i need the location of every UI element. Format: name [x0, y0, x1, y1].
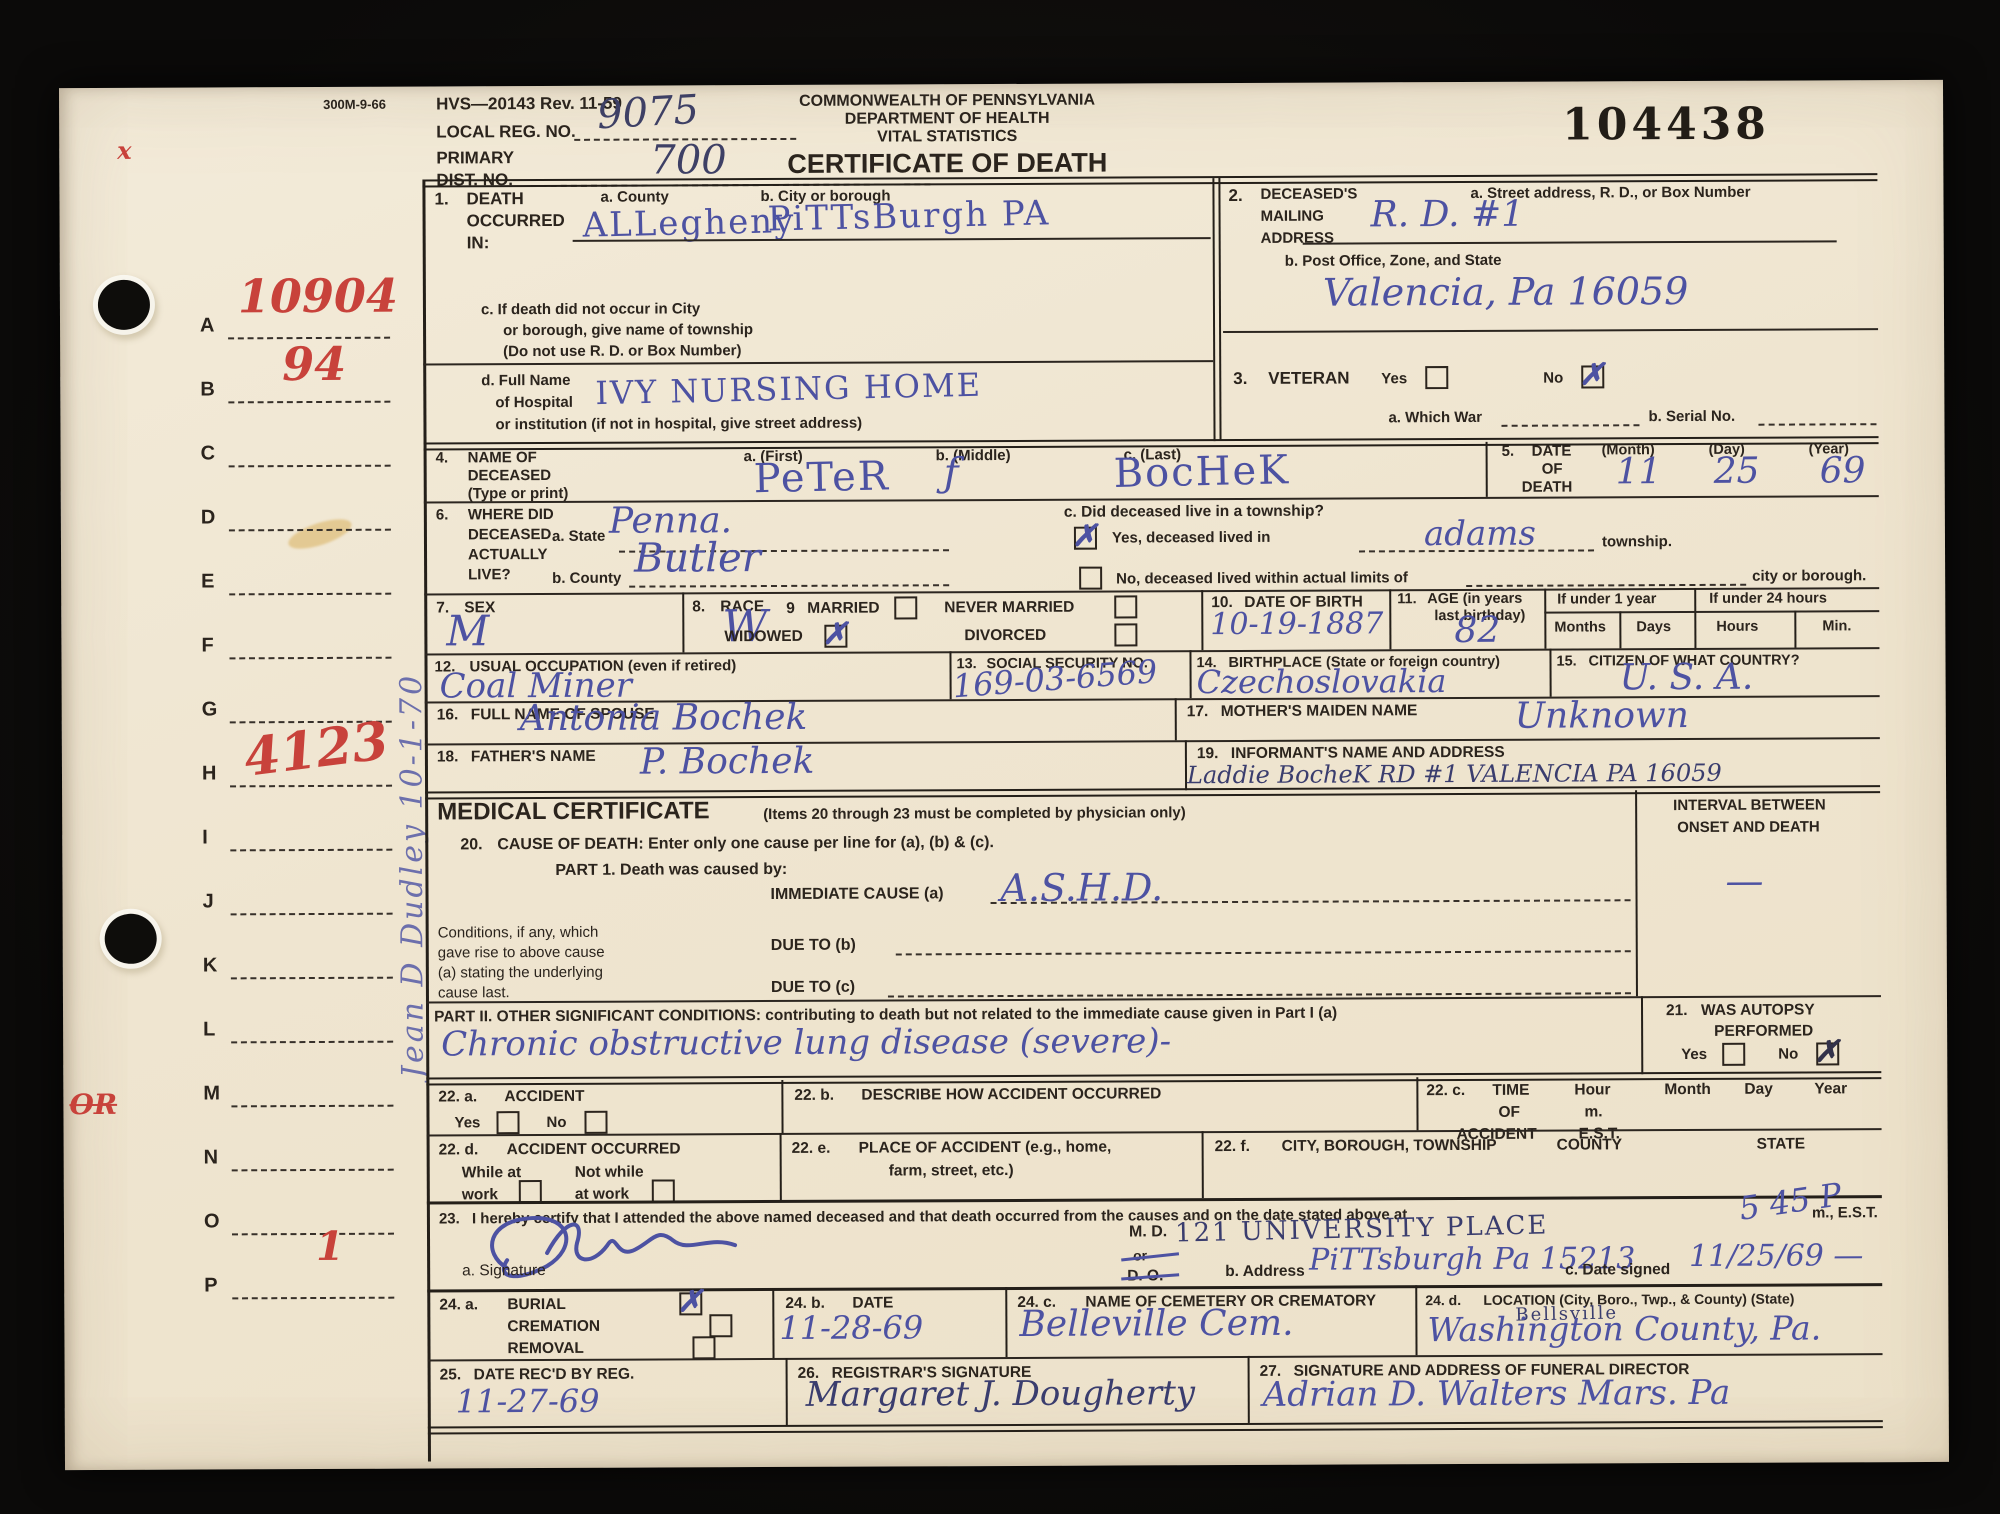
- divider: [1549, 649, 1551, 697]
- location-handwriting: Washington County, Pa.: [1427, 1308, 1821, 1349]
- field24d-number: 24. d.: [1425, 1292, 1461, 1308]
- field1c-label: c. If death did not occur in City: [481, 300, 700, 318]
- divider: [1416, 1077, 1418, 1130]
- certificate-serial-number: 104438: [1562, 99, 1770, 151]
- informant-handwriting: Laddie BocheK RD #1 VALENCIA PA 16059: [1187, 759, 1722, 789]
- field6-label: WHERE DID: [468, 506, 554, 523]
- field22c-number: 22. c.: [1426, 1082, 1465, 1100]
- mother-maiden-handwriting: Unknown: [1515, 695, 1689, 737]
- age-handwriting: 82: [1454, 610, 1500, 651]
- accident-no-label: No: [546, 1114, 566, 1131]
- part2-bottom-rule: [426, 1071, 1881, 1085]
- commonwealth-line: COMMONWEALTH OF PENNSYLVANIA: [722, 91, 1172, 111]
- state-label: a. State: [552, 528, 605, 545]
- md-label: M. D.: [1129, 1223, 1167, 1241]
- signature-label: a. Signature: [462, 1262, 546, 1280]
- margin-letter: D: [201, 506, 216, 529]
- serial-no-label: b. Serial No.: [1648, 408, 1735, 425]
- field22b-number: 22. b.: [794, 1087, 834, 1105]
- field1d-label: d. Full Name: [481, 372, 570, 389]
- divider: [1189, 650, 1191, 698]
- part2-handwriting: Chronic obstructive lung disease (severe…: [441, 1021, 1171, 1064]
- limits-line: [1466, 584, 1746, 587]
- burial-check-mark: ✗: [677, 1284, 702, 1319]
- field24a-number: 24. a.: [439, 1296, 478, 1314]
- field22e-number: 22. e.: [792, 1140, 831, 1158]
- while-at-label: While at: [462, 1164, 521, 1182]
- hospital-name-handwriting: IVY NURSING HOME: [595, 366, 982, 412]
- punch-hole-bottom: [105, 914, 157, 964]
- birthplace-handwriting: Czechoslovakia: [1197, 662, 1447, 701]
- burial-label: BURIAL: [507, 1296, 566, 1314]
- divider: [786, 1358, 788, 1425]
- sex-handwriting: M: [446, 606, 489, 655]
- field17-number: 17.: [1187, 703, 1209, 721]
- autopsy-label: WAS AUTOPSY: [1701, 1001, 1815, 1019]
- field20-number: 20.: [460, 836, 482, 854]
- margin-letter: M: [203, 1082, 220, 1105]
- margin-letter: H: [202, 762, 217, 785]
- row22d-bottom-line: [427, 1195, 1882, 1204]
- township-no-checkbox: [1079, 567, 1102, 590]
- cremation-label: CREMATION: [507, 1318, 600, 1336]
- interval-dash-handwriting: —: [1725, 859, 1763, 903]
- margin-line: [229, 465, 391, 468]
- punch-hole-top: [98, 280, 150, 330]
- township-handwriting: adams: [1424, 514, 1536, 554]
- form-area: HVS—20143 Rev. 11-59 LOCAL REG. NO. 9075…: [422, 80, 1888, 1468]
- department-line: DEPARTMENT OF HEALTH: [722, 109, 1172, 129]
- header-center-block: COMMONWEALTH OF PENNSYLVANIA DEPARTMENT …: [722, 91, 1172, 180]
- margin-letter: B: [200, 378, 215, 401]
- paper-stain: [285, 513, 355, 555]
- autopsy-label: PERFORMED: [1714, 1022, 1813, 1040]
- margin-letter: E: [201, 570, 214, 593]
- field3-number: 3.: [1233, 369, 1247, 389]
- due-to-b-line: [896, 950, 1631, 955]
- margin-letter: N: [204, 1146, 219, 1169]
- not-while-at-work-checkbox: [652, 1179, 675, 1202]
- divorced-label: DIVORCED: [964, 627, 1046, 645]
- divider: [781, 1080, 783, 1133]
- margin-red-corner-mark: OR: [69, 1088, 117, 1121]
- father-name-handwriting: P. Bochek: [640, 741, 815, 783]
- margin-line: [232, 1233, 394, 1236]
- print-batch-stamp: 300M-9-66: [323, 97, 386, 112]
- widowed-label: WIDOWED: [724, 628, 802, 646]
- field6-number: 6.: [436, 506, 449, 523]
- divider: [1415, 1285, 1417, 1355]
- margin-letter: O: [204, 1210, 220, 1233]
- margin-line: [231, 1105, 393, 1108]
- margin-red-number-a: 10904: [238, 269, 398, 324]
- field1-label: DEATH: [466, 189, 523, 209]
- not-while-label: Not while: [575, 1164, 644, 1182]
- row6-bottom-line: [424, 587, 1879, 595]
- field2-label: DECEASED'S: [1260, 185, 1357, 202]
- accident-yes-label: Yes: [454, 1114, 480, 1131]
- field6-label: DECEASED: [468, 526, 551, 543]
- middle-name-flourish: ƒ: [944, 450, 959, 496]
- dist-no-value-handwriting: 700: [650, 137, 727, 183]
- date-signed-label: c. Date signed: [1565, 1261, 1670, 1279]
- medical-certificate-subtitle: (Items 20 through 23 must be completed b…: [763, 804, 1186, 823]
- age-label: AGE (in years: [1427, 591, 1522, 607]
- field15-number: 15.: [1556, 654, 1576, 670]
- accident-occurred-label: ACCIDENT OCCURRED: [507, 1140, 681, 1159]
- accident-state-label: STATE: [1757, 1136, 1806, 1154]
- form-bottom-rule: [428, 1420, 1883, 1434]
- margin-line: [232, 1297, 394, 1300]
- place-of-accident-label: PLACE OF ACCIDENT (e.g., home,: [859, 1139, 1112, 1158]
- which-war-line: [1501, 424, 1639, 427]
- field22f-number: 22. f.: [1215, 1138, 1250, 1156]
- certify-est-label: m., E.S.T.: [1812, 1204, 1878, 1221]
- margin-line: [228, 401, 390, 404]
- county-residence-handwriting: Butler: [634, 535, 761, 582]
- field1c-underline: [423, 360, 1213, 365]
- margin-line: [229, 593, 391, 596]
- while-at-work-checkbox: [519, 1180, 542, 1203]
- married-checkbox: [894, 596, 917, 619]
- accident-no-checkbox: [584, 1111, 607, 1134]
- divider: [1248, 1356, 1250, 1423]
- margin-letter: A: [200, 314, 215, 337]
- field18-number: 18.: [437, 748, 459, 766]
- time-of-accident-label: OF: [1498, 1104, 1520, 1122]
- field2a-underline: [1303, 240, 1837, 244]
- scan-backdrop: 300M-9-66 x A B C D E F G H I J K L M N …: [0, 0, 2000, 1514]
- interval-label: INTERVAL BETWEEN: [1673, 796, 1826, 814]
- margin-letter: J: [202, 890, 213, 913]
- autopsy-no-check-mark: ✗: [1814, 1034, 1839, 1069]
- field1d-label: of Hospital: [495, 394, 573, 411]
- conditions-note: cause last.: [438, 984, 510, 1001]
- field1-label: IN:: [467, 233, 490, 253]
- date-of-birth-handwriting: 10-19-1887: [1210, 606, 1383, 642]
- accident-yes-checkbox: [496, 1111, 519, 1134]
- veteran-yes-label: Yes: [1381, 370, 1407, 387]
- margin-line: [230, 849, 392, 852]
- margin-letter: K: [203, 954, 218, 977]
- divider: [1389, 589, 1391, 649]
- date-signed-handwriting: 11/25/69 —: [1689, 1238, 1863, 1274]
- township-no-text: No, deceased lived within actual limits …: [1116, 569, 1408, 587]
- margin-red-x-mark: x: [117, 136, 131, 165]
- certificate-title: CERTIFICATE OF DEATH: [722, 147, 1172, 180]
- accident-city-label: CITY, BOROUGH, TOWNSHIP: [1282, 1137, 1497, 1156]
- field4-number: 4.: [436, 449, 449, 466]
- margin-letter: L: [203, 1018, 215, 1041]
- township-yes-check-mark: ✗: [1072, 519, 1097, 554]
- autopsy-yes-checkbox: [1722, 1043, 1745, 1066]
- removal-checkbox: [692, 1336, 715, 1359]
- field6-label: LIVE?: [468, 566, 511, 583]
- death-year-handwriting: 69: [1820, 450, 1866, 491]
- field22d-number: 22. d.: [439, 1141, 479, 1159]
- margin-line: [231, 913, 393, 916]
- field2b-underline: [1223, 328, 1878, 333]
- divider: [772, 1288, 774, 1358]
- field5-label: DEATH: [1522, 479, 1573, 496]
- margin-line: [229, 657, 391, 660]
- field5-label: OF: [1542, 461, 1563, 478]
- local-reg-label: LOCAL REG. NO.: [436, 122, 576, 143]
- divider: [1544, 589, 1546, 649]
- interval-column-divider: [1635, 790, 1638, 996]
- registrar-signature-handwriting: Margaret J. Dougherty: [806, 1373, 1196, 1415]
- accident-month-label: Month: [1664, 1081, 1711, 1099]
- field2-label: MAILING: [1261, 208, 1324, 225]
- field1c-label: or borough, give name of township: [503, 321, 753, 339]
- autopsy-divider: [1641, 996, 1643, 1074]
- field23-number: 23.: [439, 1210, 460, 1227]
- field8-number: 8.: [692, 598, 705, 616]
- margin-line: [229, 529, 391, 532]
- cause-of-death-label: CAUSE OF DEATH: Enter only one cause per…: [497, 834, 994, 854]
- accident-day-label: Day: [1744, 1081, 1773, 1099]
- post-office-handwriting: Valencia, Pa 16059: [1323, 269, 1689, 315]
- field6c-label: c. Did deceased live in a township?: [1064, 503, 1324, 522]
- months-label: Months: [1554, 619, 1606, 635]
- divider: [780, 1133, 782, 1200]
- hour-label: Hour: [1574, 1081, 1610, 1099]
- never-married-checkbox: [1114, 595, 1137, 618]
- cemetery-handwriting: Belleville Cem.: [1019, 1303, 1293, 1345]
- divider: [682, 592, 684, 652]
- burial-date-handwriting: 11-28-69: [779, 1308, 923, 1347]
- margin-letter: I: [202, 826, 208, 849]
- divider: [1005, 1287, 1007, 1357]
- divider: [1201, 590, 1203, 650]
- veteran-yes-checkbox: [1425, 366, 1448, 389]
- field11-number: 11.: [1397, 591, 1416, 607]
- strike-mark: [1121, 1252, 1179, 1261]
- township-word: township.: [1602, 533, 1672, 550]
- divider: [1202, 1131, 1204, 1198]
- divider: [1794, 611, 1796, 648]
- burial-checkbox: ✗: [679, 1292, 702, 1315]
- county-line: [629, 584, 949, 587]
- field1-number: 1.: [434, 189, 448, 209]
- death-month-handwriting: 11: [1616, 451, 1662, 492]
- conditions-note: gave rise to above cause: [438, 944, 605, 962]
- due-to-c-label: DUE TO (c): [771, 979, 855, 997]
- funeral-director-handwriting: Adrian D. Walters Mars. Pa: [1263, 1373, 1731, 1415]
- row4-divider: [1486, 442, 1488, 497]
- field22a-number: 22. a.: [438, 1088, 477, 1106]
- field6-label: ACTUALLY: [468, 546, 548, 563]
- days-label: Days: [1636, 619, 1671, 635]
- widowed-checkbox: ✗: [824, 625, 847, 648]
- autopsy-no-label: No: [1778, 1046, 1798, 1063]
- describe-accident-label: DESCRIBE HOW ACCIDENT OCCURRED: [861, 1085, 1161, 1104]
- divider: [1175, 698, 1177, 740]
- serial-no-line: [1758, 423, 1876, 426]
- place-of-accident-label: farm, street, etc.): [889, 1162, 1014, 1181]
- field2-number: 2.: [1228, 186, 1242, 206]
- under-year-header-line: [1544, 610, 1879, 613]
- divider: [1619, 611, 1621, 648]
- date-received-handwriting: 11-27-69: [456, 1382, 600, 1421]
- field5-number: 5.: [1502, 443, 1515, 460]
- immediate-cause-label: IMMEDIATE CAUSE (a): [770, 885, 943, 904]
- primary-label: PRIMARY: [436, 148, 514, 168]
- under-one-year-label: If under 1 year: [1557, 591, 1656, 607]
- ssn-handwriting: 169-03-6569: [951, 652, 1158, 705]
- part1-label: PART 1. Death was caused by:: [555, 861, 787, 880]
- divider: [1694, 588, 1696, 648]
- field16-number: 16.: [437, 706, 459, 724]
- township-yes-checkbox: ✗: [1074, 527, 1097, 550]
- margin-line: [232, 1169, 394, 1172]
- time-of-accident-label: TIME: [1492, 1082, 1529, 1100]
- accident-year-label: Year: [1814, 1080, 1847, 1098]
- divorced-checkbox: [1114, 623, 1137, 646]
- which-war-label: a. Which War: [1388, 409, 1482, 426]
- field5-label: DATE: [1532, 443, 1572, 460]
- min-label: Min.: [1822, 618, 1851, 634]
- spouse-handwriting: Antonia Bochek: [520, 697, 808, 739]
- death-day-handwriting: 25: [1714, 451, 1760, 492]
- hours-label: Hours: [1716, 619, 1758, 635]
- widowed-check-mark: ✗: [822, 617, 847, 652]
- conditions-note: (a) stating the underlying: [438, 964, 603, 982]
- death-certificate-document: 300M-9-66 x A B C D E F G H I J K L M N …: [59, 80, 1949, 1470]
- field4-label: DECEASED: [468, 467, 551, 484]
- margin-red-number-b: 94: [282, 337, 346, 391]
- veteran-label: VETERAN: [1268, 368, 1349, 388]
- removal-label: REMOVAL: [507, 1340, 583, 1358]
- row1-divider: [1212, 178, 1221, 441]
- first-name-handwriting: PeTeR: [753, 453, 890, 502]
- veteran-no-checkbox: ✗: [1581, 365, 1604, 388]
- field9-number: 9: [786, 600, 795, 618]
- field4-label: NAME OF: [468, 449, 537, 466]
- county-label: b. County: [552, 570, 621, 587]
- street-address-handwriting: R. D. #1: [1370, 194, 1524, 236]
- autopsy-yes-label: Yes: [1681, 1046, 1707, 1063]
- address-label: b. Address: [1225, 1263, 1305, 1281]
- field1c-label: (Do not use R. D. or Box Number): [503, 342, 741, 360]
- autopsy-no-checkbox: ✗: [1816, 1042, 1839, 1065]
- city-borough-word: city or borough.: [1752, 567, 1866, 584]
- father-name-label: FATHER'S NAME: [471, 748, 596, 767]
- last-name-handwriting: BocHeK: [1113, 447, 1290, 497]
- margin-letter: F: [201, 634, 213, 657]
- part2-top-line: [426, 995, 1881, 1003]
- cremation-checkbox: [709, 1314, 732, 1337]
- mother-maiden-label: MOTHER'S MAIDEN NAME: [1221, 702, 1418, 721]
- due-to-b-label: DUE TO (b): [771, 937, 856, 955]
- field1-label: OCCURRED: [467, 211, 565, 231]
- m-label: m.: [1584, 1103, 1602, 1121]
- interval-label: ONSET AND DEATH: [1677, 818, 1820, 836]
- local-reg-value-handwriting: 9075: [596, 87, 700, 139]
- field21-number: 21.: [1666, 1002, 1688, 1020]
- margin-line: [231, 1041, 393, 1044]
- margin-letter: P: [204, 1274, 217, 1297]
- conditions-note: Conditions, if any, which: [438, 924, 599, 942]
- township-yes-text: Yes, deceased lived in: [1112, 529, 1271, 547]
- city-borough-handwriting: PiTTsBurgh PA: [767, 193, 1050, 239]
- field2b-label: b. Post Office, Zone, and State: [1285, 252, 1502, 270]
- field1d-label: or institution (if not in hospital, give…: [495, 415, 862, 434]
- accident-label: ACCIDENT: [504, 1088, 584, 1106]
- form-code: HVS—20143 Rev. 11-59: [436, 94, 622, 115]
- medical-certificate-title: MEDICAL CERTIFICATE: [437, 797, 710, 826]
- accident-county-label: COUNTY: [1557, 1136, 1623, 1154]
- vital-statistics-line: VITAL STATISTICS: [722, 127, 1172, 147]
- margin-letter: G: [202, 698, 218, 721]
- margin-red-number-p: 1: [316, 1223, 344, 1270]
- row22a-bottom-line: [427, 1128, 1882, 1136]
- married-label: MARRIED: [807, 600, 879, 618]
- margin-letter: C: [201, 442, 216, 465]
- field4-label: (Type or print): [468, 485, 569, 502]
- veteran-no-check-mark: ✗: [1579, 357, 1604, 392]
- veteran-no-label: No: [1543, 370, 1563, 387]
- citizen-handwriting: U. S. A.: [1619, 657, 1753, 699]
- under-24-hours-label: If under 24 hours: [1709, 590, 1827, 607]
- never-married-label: NEVER MARRIED: [944, 599, 1074, 618]
- immediate-cause-handwriting: A.S.H.D.: [1000, 865, 1163, 910]
- margin-line: [231, 977, 393, 980]
